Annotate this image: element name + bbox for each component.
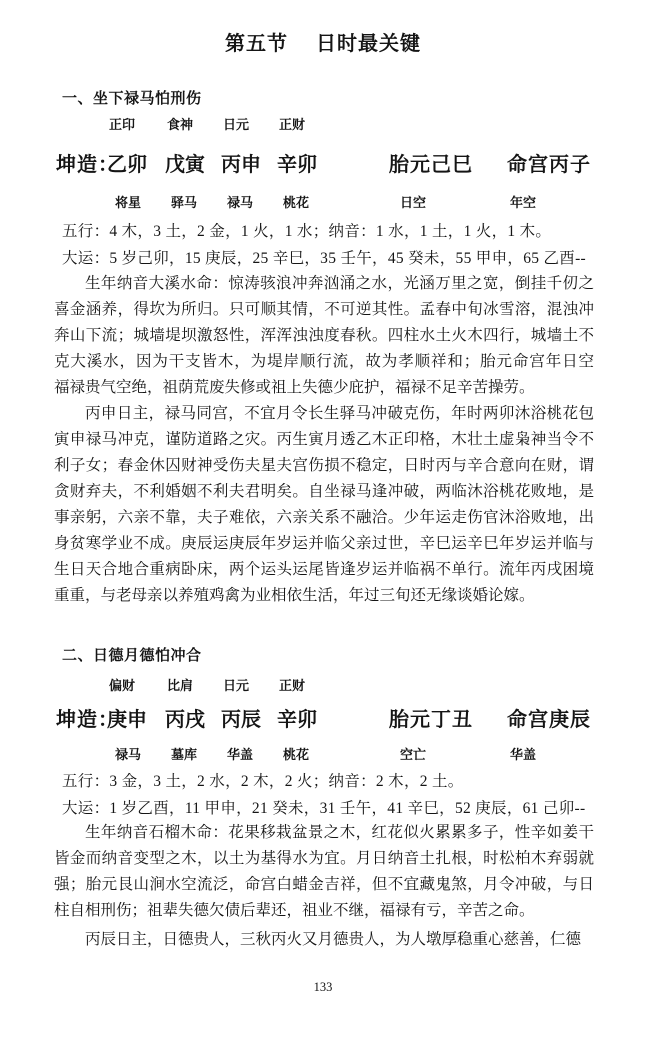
section1-minggong: 命宫丙子 <box>507 148 591 177</box>
section2-dayun-line: 大运：1 岁乙酉，11 甲申，21 癸未，31 壬午，41 辛巳，52 庚辰，6… <box>62 796 585 818</box>
section1-ten-god-year: 正印 <box>94 114 150 133</box>
section1-pillar-year: 乙卯 <box>96 148 158 177</box>
section2-pillar-year: 庚申 <box>96 703 158 732</box>
section1-pillar-month: 戊寅 <box>154 148 216 177</box>
text-line: 身贫寒学业不成。庚辰运庚辰年岁运并临父亲过世，辛巳运辛巳年岁运并临与 <box>54 531 594 557</box>
section2-pillar-day: 丙辰 <box>210 703 272 732</box>
text-line: 克大溪水，因为干支皆木，为堤岸顺行流，故为孝顺祥和；胎元命宫年日空亡， <box>54 349 594 375</box>
section2-paragraph-analysis: 丙辰日主，日德贵人，三秋丙火又月德贵人，为人墩厚稳重心慈善，仁德礼 <box>54 927 594 953</box>
text-line: 奔山下流；城墙堤坝激怒性，浑浑浊浊度春秋。四柱水土火木四行，城墙土不 <box>54 323 594 349</box>
text-line: 喜金涵养，得坎为所归。只可顺其情，不可逆其性。孟春中旬冰雪溶，混浊冲 <box>54 297 594 323</box>
text-line: 丙申日主，禄马同宫，不宜月令长生驿马冲破克伤，年时两卯沐浴桃花包藏 <box>54 401 594 427</box>
text-line: 生日天合地合重病卧床，两个运头运尾皆逢岁运并临祸不单行。流年丙戌困境 <box>54 557 594 583</box>
section1-pillar-day: 丙申 <box>210 148 272 177</box>
section2-ten-god-year: 偏财 <box>94 675 150 694</box>
section1-ten-god-month: 食神 <box>152 114 208 133</box>
text-line: 利子女；春金休囚财神受伤夫星夫宫伤损不稳定，日时丙与辛合意向在财，谓 <box>54 453 594 479</box>
page-title-text: 日时最关键 <box>316 27 421 56</box>
section2-star-month: 墓库 <box>156 744 212 763</box>
text-line: 生年纳音大溪水命：惊涛骇浪冲奔汹涌之水，光涵万里之宽，倒挂千仞之上。 <box>54 271 594 297</box>
section1-star-hour: 桃花 <box>268 192 324 211</box>
page-title: 第五节 日时最关键 <box>0 27 646 56</box>
section2-minggong: 命宫庚辰 <box>507 703 591 732</box>
section2-star-hour: 桃花 <box>268 744 324 763</box>
book-page: 第五节 日时最关键 一、坐下禄马怕刑伤 正印 食神 日元 正财 坤造： 乙卯 戊… <box>0 0 646 1043</box>
text-line: 事亲躬，六亲不靠，夫子难依，六亲关系不融洽。少年运走伤官沐浴败地，出 <box>54 505 594 531</box>
section2-ten-god-hour: 正财 <box>264 675 320 694</box>
section1-star-year: 将星 <box>100 192 156 211</box>
text-line: 生年纳音石榴木命：花果移栽盆景之木，红花似火累累多子，性辛如姜干支 <box>54 820 594 846</box>
text-line: 柱自相刑伤；祖辈失德欠债后辈还，祖业不继，福禄有亏，辛苦之命。 <box>54 898 594 924</box>
section1-pillar-hour: 辛卯 <box>266 148 328 177</box>
section1-star-month: 驿马 <box>156 192 212 211</box>
text-line: 寅申禄马冲克，谨防道路之灾。丙生寅月透乙木正印格，木壮土虚枭神当令不 <box>54 427 594 453</box>
section1-heading: 一、坐下禄马怕刑伤 <box>62 87 202 108</box>
section2-taiyuan: 胎元丁丑 <box>389 703 473 732</box>
section1-taiyuan: 胎元己巳 <box>389 148 473 177</box>
text-line: 贪财弃夫，不利婚姻不利夫君明矣。自坐禄马逢冲破，两临沐浴桃花败地，是 <box>54 479 594 505</box>
section2-pillar-hour: 辛卯 <box>266 703 328 732</box>
section1-ten-god-day: 日元 <box>208 114 264 133</box>
section1-star-day: 禄马 <box>212 192 268 211</box>
section1-wuxing-line: 五行：4 木，3 土，2 金，1 火，1 水；纳音：1 水，1 土，1 火，1 … <box>62 219 551 241</box>
section1-paragraph-analysis: 丙申日主，禄马同宫，不宜月令长生驿马冲破克伤，年时两卯沐浴桃花包藏 寅申禄马冲克… <box>54 401 594 609</box>
section1-ten-god-hour: 正财 <box>264 114 320 133</box>
section2-ten-god-day: 日元 <box>208 675 264 694</box>
section2-wuxing-line: 五行：3 金，3 土，2 水，2 木，2 火；纳音：2 木，2 土。 <box>62 769 464 791</box>
section2-paragraph-nayin: 生年纳音石榴木命：花果移栽盆景之木，红花似火累累多子，性辛如姜干支 皆金而纳音变… <box>54 820 594 924</box>
section2-star-day: 华盖 <box>212 744 268 763</box>
section2-void-kongwang: 空亡 <box>385 744 441 763</box>
text-line: 福禄贵气空绝，祖荫荒废失修或祖上失德少庇护，福禄不足辛苦操劳。 <box>54 375 594 401</box>
section1-void-day: 日空 <box>385 192 441 211</box>
section1-dayun-line: 大运：5 岁己卯，15 庚辰，25 辛巳，35 壬午，45 癸未，55 甲申，6… <box>62 246 586 268</box>
text-line: 丙辰日主，日德贵人，三秋丙火又月德贵人，为人墩厚稳重心慈善，仁德礼 <box>54 927 594 953</box>
text-line: 强；胎元艮山涧水空流泛，命宫白蜡金吉祥，但不宜藏鬼煞，月令冲破，与日 <box>54 872 594 898</box>
page-number: 133 <box>0 980 646 995</box>
section1-void-year: 年空 <box>495 192 551 211</box>
section2-pillar-month: 丙戌 <box>154 703 216 732</box>
section2-ten-god-month: 比肩 <box>152 675 208 694</box>
text-line: 重重，与老母亲以养殖鸡禽为业相依生活，年过三旬还无缘谈婚论嫁。 <box>54 583 594 609</box>
section1-paragraph-nayin: 生年纳音大溪水命：惊涛骇浪冲奔汹涌之水，光涵万里之宽，倒挂千仞之上。 喜金涵养，… <box>54 271 594 401</box>
section2-void-huagai: 华盖 <box>495 744 551 763</box>
section2-star-year: 禄马 <box>100 744 156 763</box>
page-title-section-number: 第五节 <box>225 27 288 56</box>
section2-heading: 二、日德月德怕冲合 <box>62 644 202 665</box>
text-line: 皆金而纳音变型之木，以土为基得水为宜。月日纳音土扎根，时松柏木弃弱就 <box>54 846 594 872</box>
